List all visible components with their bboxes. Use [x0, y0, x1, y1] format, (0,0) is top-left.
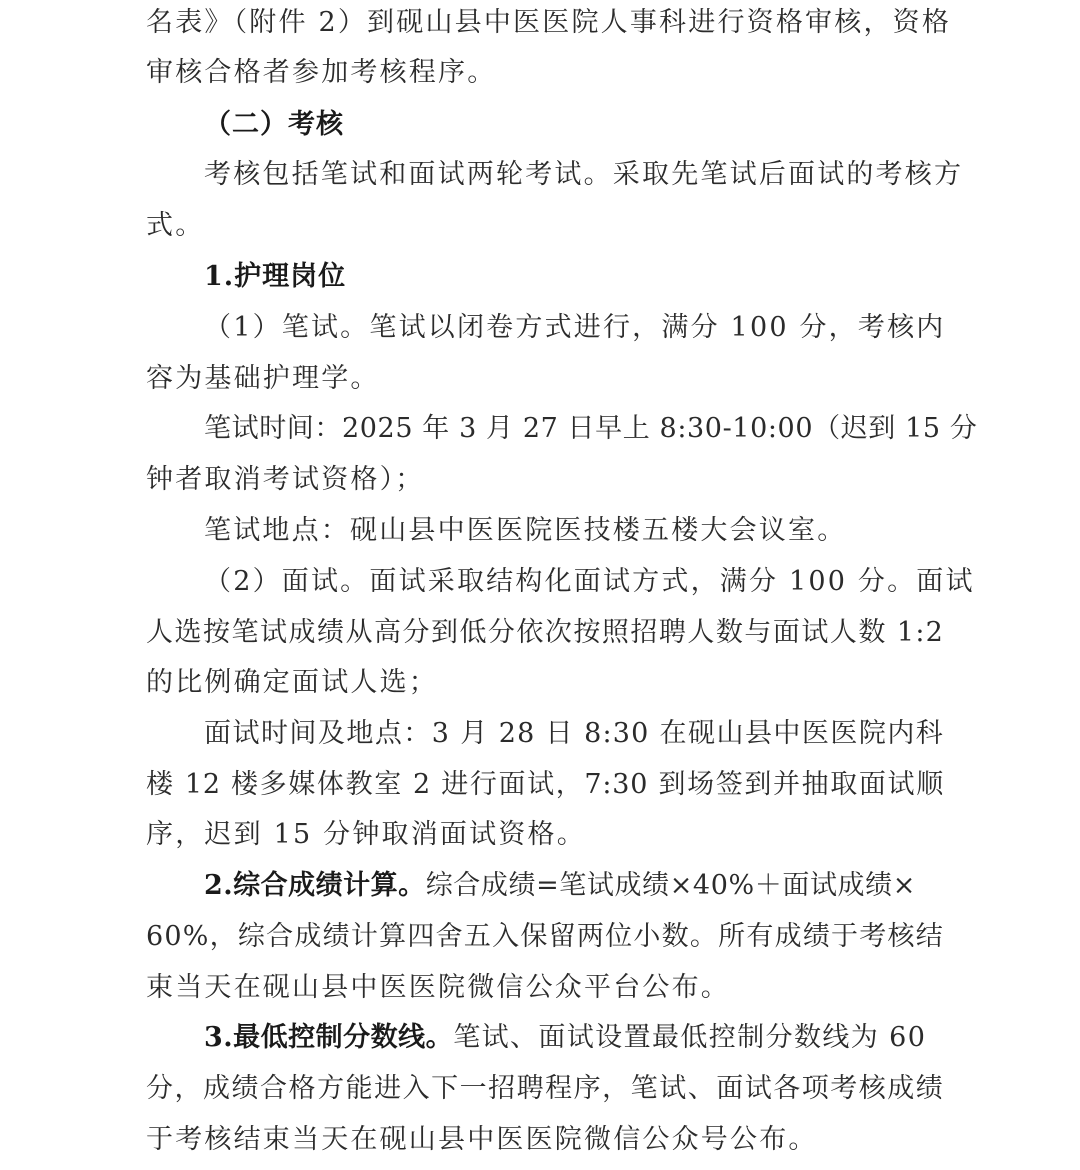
paragraph-line: 人选按笔试成绩从高分到低分依次按照招聘人数与面试人数 1:2 [146, 616, 944, 650]
paragraph-line: 于考核结束当天在砚山县中医医院微信公众号公布。 [146, 1123, 818, 1157]
paragraph-line: 楼 12 楼多媒体教室 2 进行面试，7:30 到场签到并抽取面试顺 [146, 768, 944, 802]
section-heading-assessment: （二）考核 [204, 108, 344, 142]
paragraph-line: （2）面试。面试采取结构化面试方式，满分 100 分。面试 [204, 565, 944, 599]
paragraph-line: 60%，综合成绩计算四舍五入保留两位小数。所有成绩于考核结 [146, 920, 944, 954]
score-calculation-formula: 综合成绩=笔试成绩×40%＋面试成绩× [426, 870, 916, 901]
paragraph-line: 序，迟到 15 分钟取消面试资格。 [146, 818, 586, 852]
written-exam-time: 笔试时间：2025 年 3 月 27 日早上 8:30-10:00（迟到 15 … [204, 412, 944, 446]
score-calculation-line: 2.综合成绩计算。综合成绩=笔试成绩×40%＋面试成绩× [204, 869, 916, 903]
interview-time-location: 面试时间及地点：3 月 28 日 8:30 在砚山县中医医院内科 [204, 717, 944, 751]
paragraph-line: 钟者取消考试资格）； [146, 463, 425, 497]
paragraph-line: 束当天在砚山县中医医院微信公众平台公布。 [146, 971, 730, 1005]
paragraph-line: 的比例确定面试人选； [146, 666, 438, 700]
score-calculation-heading: 2.综合成绩计算。 [204, 870, 426, 901]
paragraph-line: 式。 [146, 209, 204, 243]
subsection-heading-nursing: 1.护理岗位 [204, 260, 346, 294]
minimum-score-line: 3.最低控制分数线。笔试、面试设置最低控制分数线为 60 [204, 1021, 926, 1055]
minimum-score-heading: 3.最低控制分数线。 [204, 1022, 453, 1053]
minimum-score-text: 笔试、面试设置最低控制分数线为 60 [453, 1022, 926, 1053]
paragraph-line: 名表》（附件 2）到砚山县中医医院人事科进行资格审核，资格 [146, 6, 944, 40]
paragraph-line: 分，成绩合格方能进入下一招聘程序，笔试、面试各项考核成绩 [146, 1072, 944, 1106]
written-exam-location: 笔试地点：砚山县中医医院医技楼五楼大会议室。 [204, 514, 846, 548]
paragraph-line: 容为基础护理学。 [146, 362, 380, 396]
paragraph-line: （1）笔试。笔试以闭卷方式进行，满分 100 分，考核内 [204, 311, 944, 345]
paragraph-line: 考核包括笔试和面试两轮考试。采取先笔试后面试的考核方 [204, 158, 944, 192]
paragraph-line: 审核合格者参加考核程序。 [146, 56, 496, 90]
